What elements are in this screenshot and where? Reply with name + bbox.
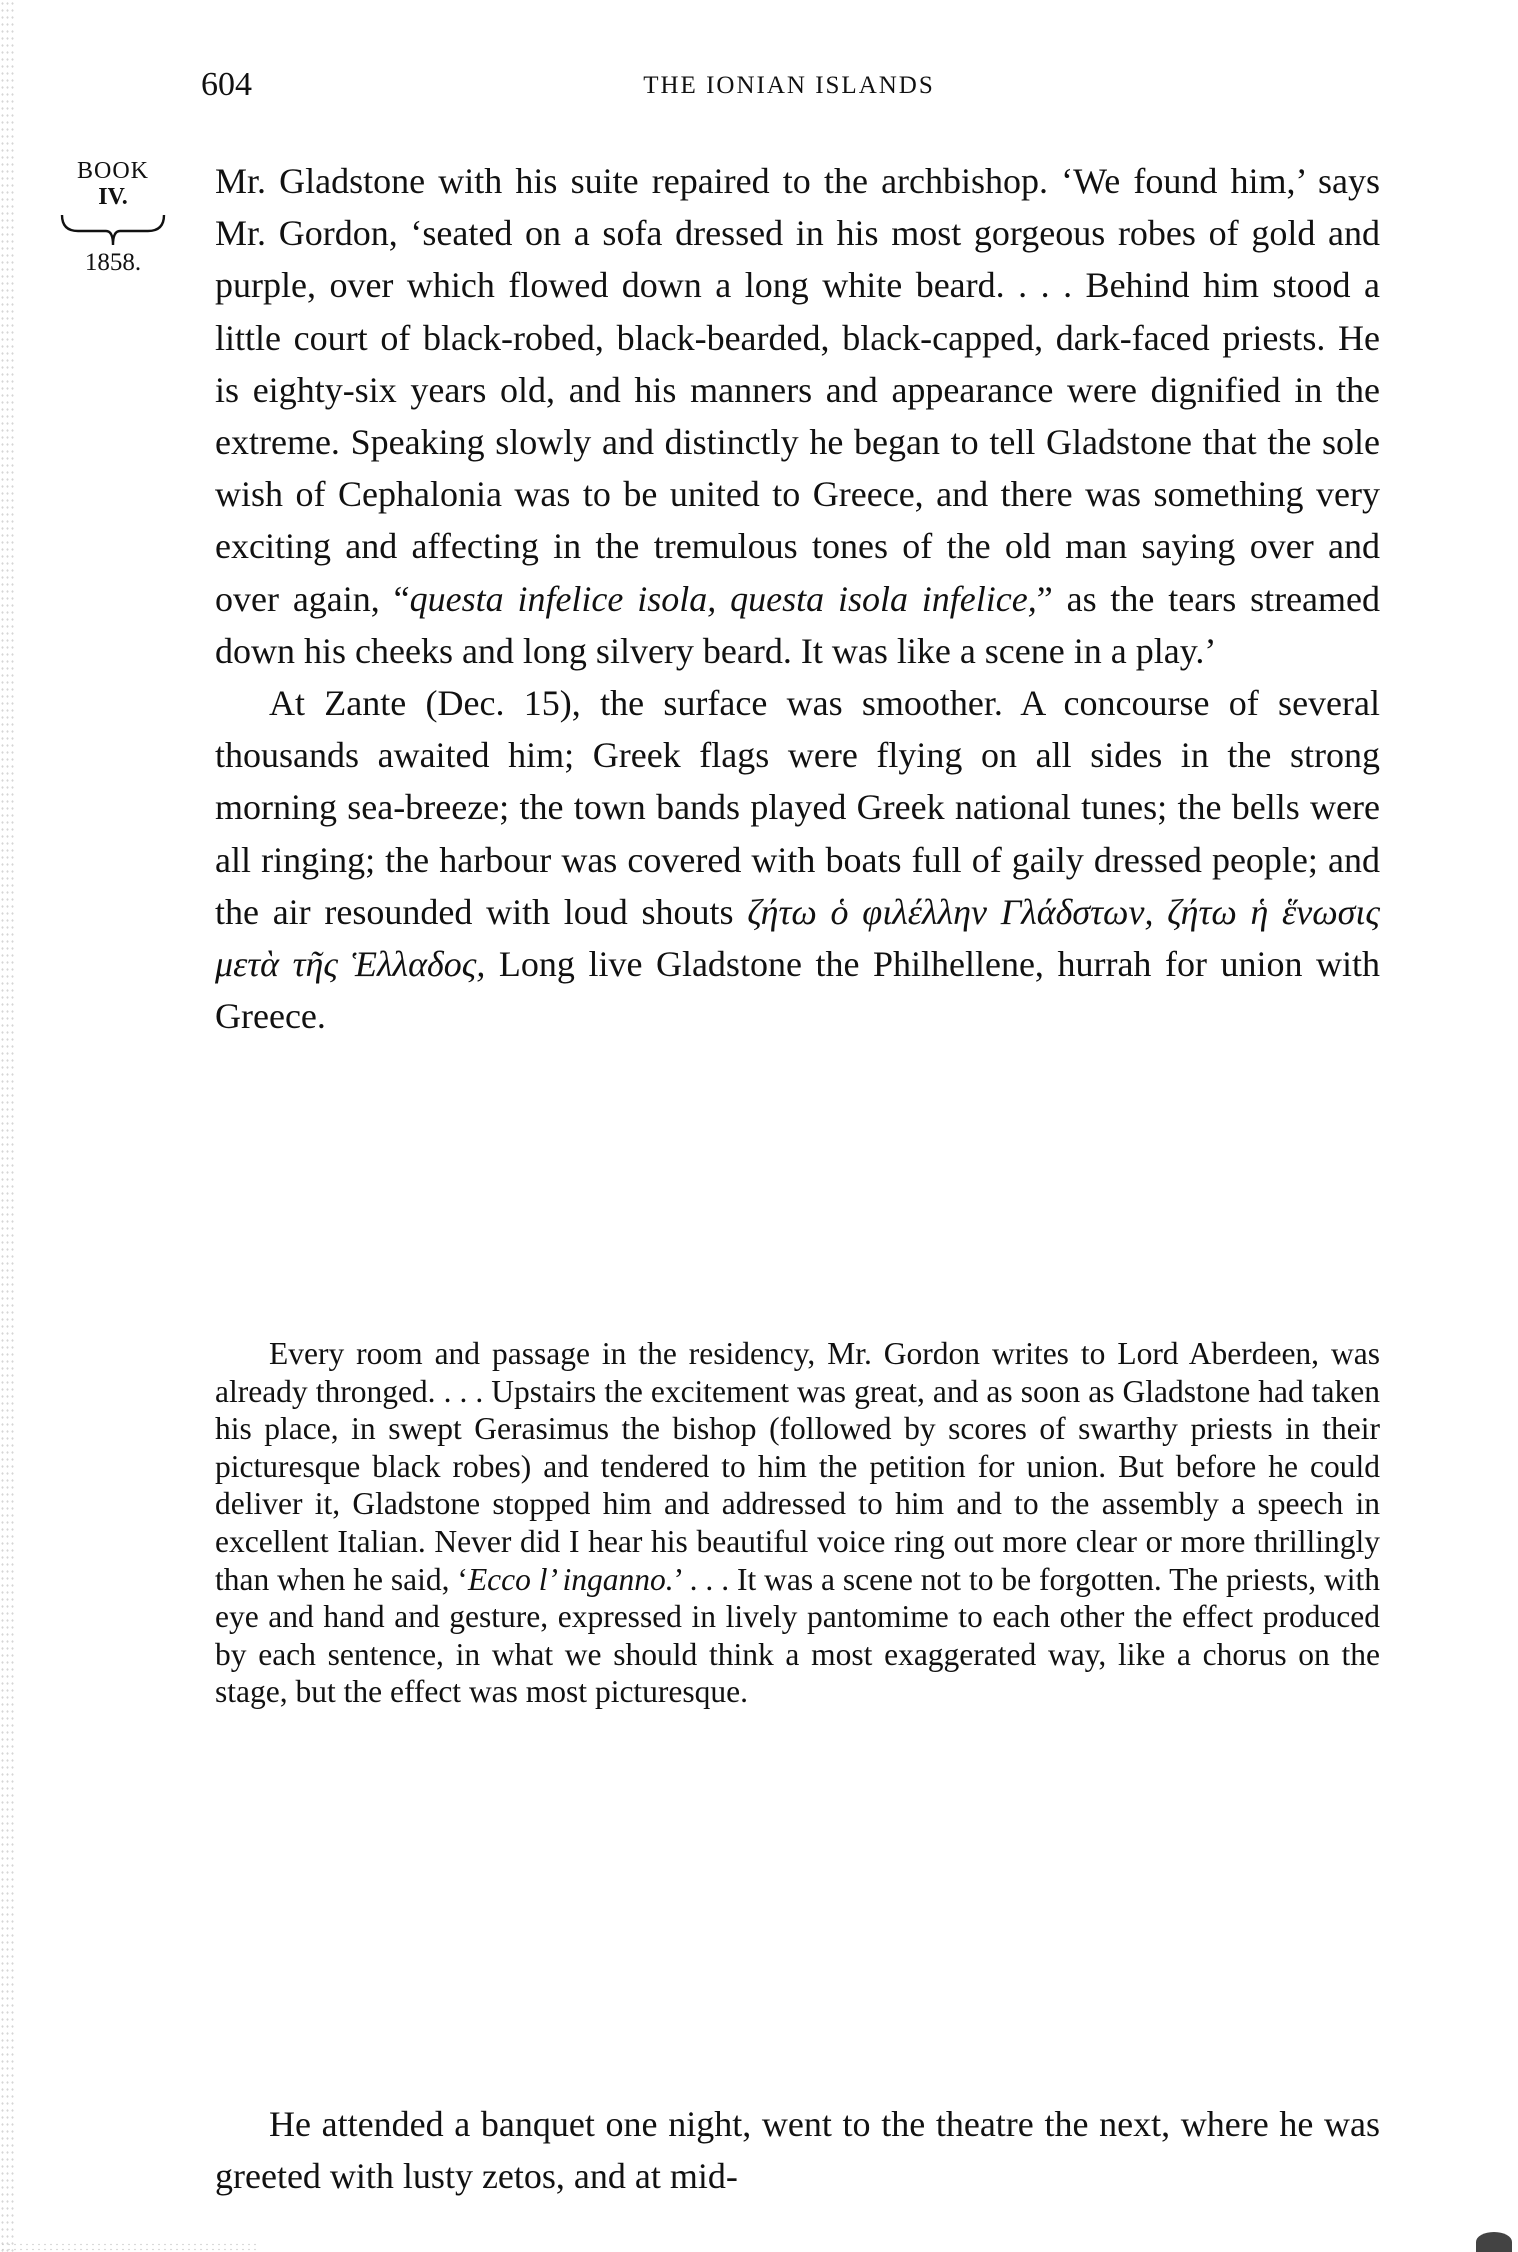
paragraph-zante: At Zante (Dec. 15), the surface was smoo…	[215, 677, 1380, 1042]
margin-book-label: BOOK	[38, 158, 188, 184]
scan-bottom-noise	[0, 2242, 260, 2252]
running-head: THE IONIAN ISLANDS	[0, 72, 1518, 100]
main-text: Mr. Gladstone with his suite repaired to…	[215, 155, 1380, 1042]
margin-note: BOOK IV. 1858.	[38, 158, 188, 276]
paragraph-banquet: He attended a banquet one night, went to…	[215, 2098, 1380, 2202]
margin-volume-number: IV.	[38, 184, 188, 210]
paragraph-archbishop: Mr. Gladstone with his suite repaired to…	[215, 155, 1380, 677]
final-paragraph: He attended a banquet one night, went to…	[215, 2098, 1380, 2202]
margin-year: 1858.	[38, 249, 188, 277]
italian-quote: questa infelice isola, questa isola infe…	[410, 579, 1037, 619]
italian-phrase: Ecco l’ inganno.	[468, 1562, 674, 1597]
extract-block: Every room and passage in the residency,…	[215, 1335, 1380, 1711]
paragraph-residency: Every room and passage in the residency,…	[215, 1335, 1380, 1711]
scan-ink-blot	[1476, 2232, 1512, 2252]
curly-brace-icon	[58, 211, 168, 247]
scan-edge-noise	[0, 0, 14, 2252]
